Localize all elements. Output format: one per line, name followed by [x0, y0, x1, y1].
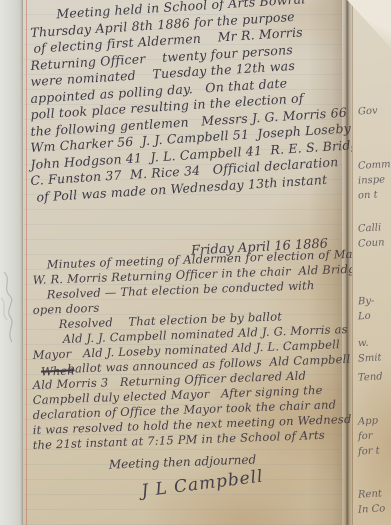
next-page-text-fragment: Rent [358, 488, 382, 500]
margin-ink-smudge [0, 268, 18, 352]
entry-april-8: Meeting held in School of Arts BowralThu… [31, 8, 337, 206]
signature: J L Campbell [140, 467, 264, 502]
struck-out-word: When [41, 363, 75, 378]
manuscript-page: Meeting held in School of Arts BowralThu… [23, 0, 342, 525]
next-page-text-fragment: for t [358, 445, 380, 457]
next-page-text-fragment: w. [358, 338, 369, 350]
next-page-text-fragment: on t [358, 189, 378, 201]
next-page-text-fragment: for [358, 431, 373, 443]
minute-book-photo: Meeting held in School of Arts BowralThu… [0, 0, 391, 525]
next-page-text-fragment: Comm [358, 159, 391, 172]
next-page-text-fragment: By- [358, 296, 375, 308]
next-page-text-fragment: Tend [358, 371, 383, 383]
next-page-text-fragment: In Co [358, 503, 386, 515]
adjournment-line: Meeting then adjourned [23, 449, 342, 474]
next-page-text-fragment: inspe [358, 174, 386, 186]
next-page-text-fragment: Calli [358, 222, 382, 234]
page-left-edge [0, 0, 23, 525]
next-page-text-fragment: App [358, 415, 379, 427]
next-page-text-fragment: Smit [358, 352, 382, 364]
next-page-text-fragment: Gov [358, 105, 378, 117]
next-page-edge: GovComminspeon tCalliCounBy-Low.SmitTend… [352, 0, 391, 525]
next-page-text-fragment: Lo [358, 311, 371, 323]
red-margin-rule [26, 0, 27, 525]
entry-april-16: Minutes of meeting of Aldermen for elect… [33, 258, 337, 453]
next-page-text-fragment: Coun [358, 237, 385, 249]
